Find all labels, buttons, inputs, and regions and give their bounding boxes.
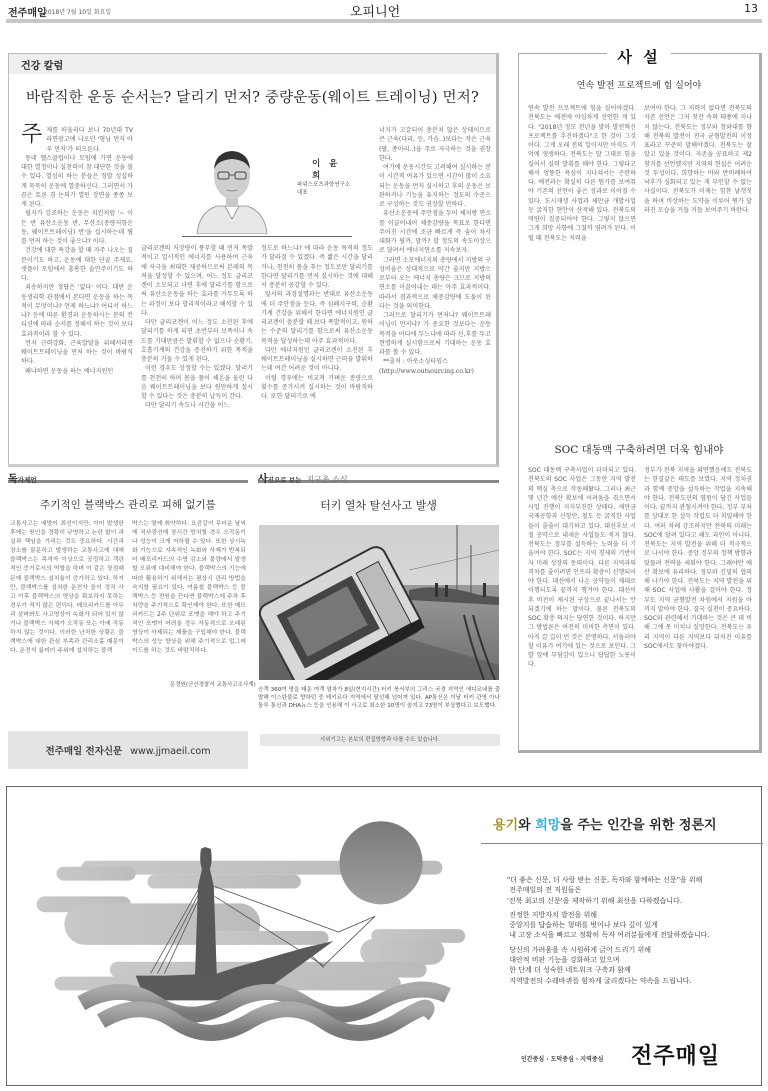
section-title: 오피니언	[350, 1, 400, 20]
reader-headline: 주기적인 블랙박스 관리로 피해 없기를	[8, 497, 248, 512]
paragraph: 다만 에너지원인 글리코겐이 소진된 후 웨이트트레이닝을 실시하면 근력을 발…	[261, 346, 373, 374]
pledge-line: 내 고장 소식을 빠르고 정확히 독자 여러분들에게 전달하겠습니다.	[509, 931, 709, 939]
paragraph: 죄송하지만 정답은 '없다' 이다. 대만 운동생리학 관점에서 본다면 운동을…	[21, 283, 133, 339]
e-paper-url[interactable]: www.jjmaeil.com	[130, 746, 210, 757]
paragraph: 그러므로 달리기가 먼저냐? 웨이트트레이닝이 먼저냐? 가 중요한 것보다는 …	[379, 311, 491, 357]
slogan-connector: 와	[518, 818, 535, 833]
editorial-1-column-1: 연속 발전 프로젝트에 힘을 실어야겠다. 전북도는 예전에 야심차게 선언한 …	[528, 104, 636, 243]
paragraph: 그러면 소모에너지의 총량에서 지방의 구성비율은 상대적으로 약간 줄지만 지…	[379, 256, 491, 312]
reader-header-rest: 자제언	[18, 476, 37, 484]
paragraph: 다만 글리코겐이 어느 정도 소진된 후에 달리기를 하게 되면 초반부터 보폭…	[141, 318, 253, 364]
editorial-heading: 사 설	[519, 46, 759, 67]
paragraph: 이런 경우도 상정할 수는 있겠다. 달리기를 천천히 하며 몸을 풀어 체온을…	[141, 364, 253, 401]
ad-pledge: "더 좋은 신문, 더 사랑 받는 신문, 독자와 함께하는 신문"을 위해 전…	[507, 875, 762, 990]
author-name: 이 윤 희	[312, 157, 352, 181]
photo-news-header: 사진으로 보는 지구촌 소식	[258, 467, 499, 483]
article-headline: 바람직한 운동 순서는? 달리기 먼저? 중량운동(웨이트 트레이닝) 먼저?	[9, 86, 496, 107]
article-column-3: 정도로 하느냐? 에 따라 운동 목적의 정도가 달라질 수 있겠다. 즉 짧은…	[261, 244, 373, 401]
pledge-paragraph-2: 진정한 지방자치 발전을 위해 중앙지를 답습하는 형태를 벗어나 보다 깊이 …	[507, 910, 762, 941]
derailed-train-photo	[259, 525, 499, 680]
dropcap: 주	[21, 124, 42, 146]
pledge-line: 대안적 비판 기능을 강화하고 있으며	[509, 956, 619, 964]
slogan-courage: 용기	[493, 818, 518, 833]
paragraph: 먼저 근력강화, 근육발달을 위해서라면 웨이트트레이닝을 먼저 하는 것이 바…	[21, 339, 133, 367]
author-block: 이 윤 희 파워스포츠과학연구소대표	[182, 132, 352, 239]
reader-column-2: 박스는 열에 취약하다. 요즘같이 무더운 날씨에 직사광선에 장시간 방치할 …	[132, 520, 246, 656]
masthead-rule	[6, 19, 762, 23]
pledge-line: "더 좋은 신문, 더 사랑 받는 신문, 독자와 함께하는 신문"을 위해	[507, 876, 702, 884]
paragraph: 여기에 운동시간도 고려해여 실시하는 분이 시간적 여유가 있으면 시간이 많…	[379, 163, 491, 209]
slogan-rest: 을 주는 인간을 위한 정론지	[560, 818, 716, 833]
author-rule	[182, 236, 352, 237]
ship-pen-illustration	[7, 787, 482, 1085]
column-label: 건강 칼럼	[21, 57, 63, 72]
page-number: 13	[744, 2, 758, 15]
pledge-paragraph-1: "더 좋은 신문, 더 사랑 받는 신문, 독자와 함께하는 신문"을 위해 전…	[507, 875, 762, 906]
editorial-2-column-2: 정부가 전북 지역을 외면했음에도 전북도는 한결같은 태도를 보였다. 지역 …	[644, 466, 752, 651]
ad-divider	[481, 843, 763, 844]
source-url[interactable]: (http://www.outsourcing.co.kr)	[379, 367, 491, 376]
e-paper-label: 전주매일 전자신문	[46, 746, 123, 757]
ad-slogan: 용기와 희망을 주는 인간을 위한 정론지	[493, 814, 717, 833]
pledge-line: 한 단계 더 성숙한 네트워크 구축과 함께	[509, 966, 631, 974]
masthead: 전주매일 2018년 7월 10일 화요일 오피니언 13	[0, 0, 768, 22]
pledge-line: 지역발전의 수레바퀴를 힘차게 굴리겠다는 약속을 드립니다.	[509, 977, 691, 985]
photo-header-initial: 사	[258, 474, 268, 485]
reader-column-1: 교통사고는 예방이 최선이지만, 이미 발생한 후에는 원인을 정확히 규명하고…	[10, 520, 124, 656]
health-column: 건강 칼럼 바람직한 운동 순서는? 달리기 먼저? 중량운동(웨이트 트레이닝…	[8, 53, 499, 467]
newspaper-ad: 용기와 희망을 주는 인간을 위한 정론지 "더 좋은 신문, 더 사랑 받는 …	[6, 786, 762, 1086]
column-label-bar: 건강 칼럼	[9, 54, 496, 74]
paragraph: 정도로 하느냐? 에 따라 운동 목적의 정도가 달라질 수 있겠다. 즉 짧은…	[261, 244, 373, 290]
editorial-1-column-2: 보여야 한다. 그 저력이 없다면 전북도의 자존 선언은 그저 찻잔 속의 태…	[644, 104, 752, 215]
photo-header-mid: 진으로 보는	[268, 476, 302, 484]
ad-motto: 인간중심 · 도덕중심 · 지역중심	[521, 1054, 603, 1063]
article-column-2: 글리코겐의 저장량이 풍부할 때 먼저 폭발적이고 일시적인 에너지를 사용하여…	[141, 244, 253, 411]
pledge-line: '전북 최고의 신문'을 제작하기 위해 최선을 다하겠습니다.	[507, 897, 682, 905]
pledge-line: 진정한 지방자치 발전을 위해	[509, 911, 597, 919]
paragraph: 글리코겐의 저장량이 풍부할 때 먼저 폭발적이고 일시적인 에너지를 사용하여…	[141, 244, 253, 318]
pledge-line: 전주매일의 전 직원들은	[509, 886, 581, 894]
e-paper-banner[interactable]: 전주매일 전자신문www.jjmaeil.com	[8, 731, 248, 769]
photo-caption: 승객 360여 명을 태운 여객 열차가 8일(현지시간) 터키 북서부의 그리…	[258, 686, 500, 711]
reader-signature: 문정원(군산경찰서 교통사고조사계)	[170, 680, 256, 688]
paragraph: 이럴 경우에는 비교적 가벼운 중량으로 횟수를 증가시켜 실시하는 것이 바람…	[261, 374, 373, 402]
author-photo	[187, 134, 277, 234]
ad-logo: 전주매일	[631, 1039, 720, 1070]
paragraph: 필자가 강조하는 운동은 치킨처럼 '~ 이든 반 유산소운동 반, 무산소(중…	[21, 209, 133, 246]
photo-header-rest: 지구촌 소식	[306, 475, 347, 484]
train-derailment-image	[259, 525, 499, 680]
editorial-2-column-1: SOC 대동맥 구축사업이 더뎌되고 있다. 전북도의 SOC 사업은 그동안 …	[528, 466, 636, 670]
pledge-line: 당신의 가려움을 속 시원하게 긁어 드리기 위해	[509, 946, 651, 954]
paragraph: 동네 헬스클럽이나 모임에 가면 운동에 대한 열정이나 실천력이 참 대단한 …	[21, 154, 133, 210]
editorial-heading-text: 사 설	[607, 48, 670, 66]
author-role: 파워스포츠과학연구소대표	[297, 180, 352, 196]
photo-news-headline: 터키 열차 탈선사고 발생	[258, 497, 499, 513]
pledge-paragraph-3: 당신의 가려움을 속 시원하게 긁어 드리기 위해 대안적 비판 기능을 강화하…	[507, 945, 762, 986]
paragraph: 다만 달리기 속도나 시간을 어느	[141, 401, 253, 410]
paragraph: 유산소운동에 주안점을 두어 체지방 연소를 이끌어내어 체중감량을 목표로 한…	[379, 209, 491, 255]
article-column-1: 주 제를 떠올리다 보니 70년대 TV 라면광고에 나오던 '형님 먼저 아우…	[21, 126, 133, 376]
paragraph: 앞서의 과정설명과는 반대로 유산소운동에 더 주안점을 둔다, 즉 심폐지구력…	[261, 290, 373, 346]
paragraph: 왜냐하면 운동을 하는 에너지원인	[21, 367, 133, 376]
source-credit: **출처 : 아웃소싱타임스	[379, 357, 491, 366]
slogan-hope: 희망	[535, 818, 560, 833]
editorial-section: 사 설 연속 발전 프로젝트에 힘 실어야 연속 발전 프로젝트에 힘을 실어야…	[518, 53, 762, 753]
paper-name: 전주매일	[8, 4, 47, 19]
reader-header-initial: 독	[8, 474, 18, 485]
paragraph: 너지가 고갈되어 충분치 않은 상태이므로 큰 근육(다리, 등, 가슴..)보…	[379, 126, 491, 163]
issue-date: 2018년 7월 10일 화요일	[44, 7, 111, 16]
pledge-line: 중앙지를 답습하는 형태를 벗어나 보다 깊이 있게	[509, 921, 658, 929]
editorial-title-1: 연속 발전 프로젝트에 힘 실어야	[519, 78, 759, 91]
article-column-4: 너지가 고갈되어 충분치 않은 상태이므로 큰 근육(다리, 등, 가슴..)보…	[379, 126, 491, 376]
reader-column-header: 독자제언	[8, 467, 248, 483]
e-paper-text: 전주매일 전자신문www.jjmaeil.com	[8, 743, 248, 757]
paragraph: 건강에 대한 특강을 할 때 자주 나오는 질문이기도 하고, 운동에 대한 단…	[21, 246, 133, 283]
disclaimer-note: 사외기고는 본보의 편집방향과 다를 수도 있습니다.	[260, 734, 500, 746]
editorial-title-2: SOC 대동맥 구축하려면 더욱 힘내야	[519, 442, 759, 457]
